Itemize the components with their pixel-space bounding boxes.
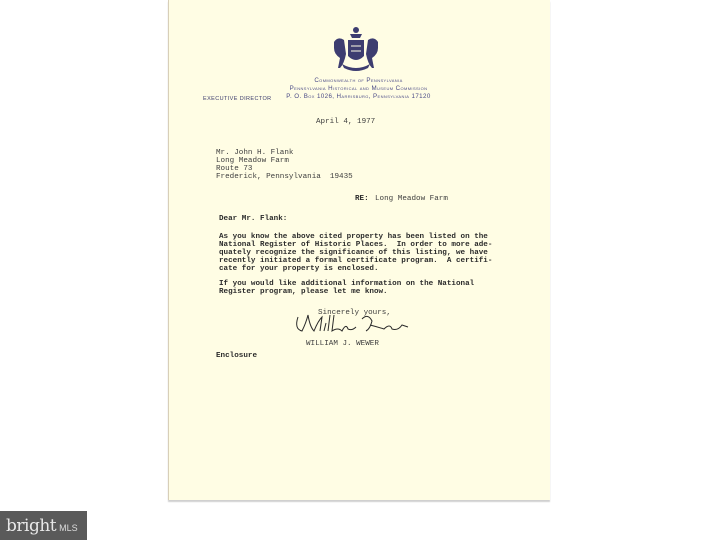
bright-mls-watermark: bright MLS [0, 511, 87, 540]
letterhead-line-1: Commonwealth of Pennsylvania [168, 77, 549, 84]
re-value: Long Meadow Farm [375, 195, 448, 203]
enclosure-note: Enclosure [216, 352, 257, 360]
letterhead-line-2: Pennsylvania Historical and Museum Commi… [168, 85, 549, 92]
letter-date: April 4, 1977 [316, 118, 375, 126]
executive-director-label: Executive Director [203, 96, 272, 102]
re-label: RE: [355, 195, 369, 203]
body-line: Register program, please let me know. [219, 288, 388, 296]
body-line: cate for your property is enclosed. [219, 265, 379, 273]
handwritten-signature-icon [292, 309, 412, 339]
address-line: Frederick, Pennsylvania 19435 [216, 173, 353, 181]
watermark-suffix: MLS [59, 523, 78, 533]
signer-name: WILLIAM J. WEWER [306, 340, 379, 348]
pennsylvania-coat-of-arms-icon [330, 24, 382, 76]
salutation: Dear Mr. Flank: [219, 215, 287, 223]
watermark-brand: bright [6, 516, 56, 536]
